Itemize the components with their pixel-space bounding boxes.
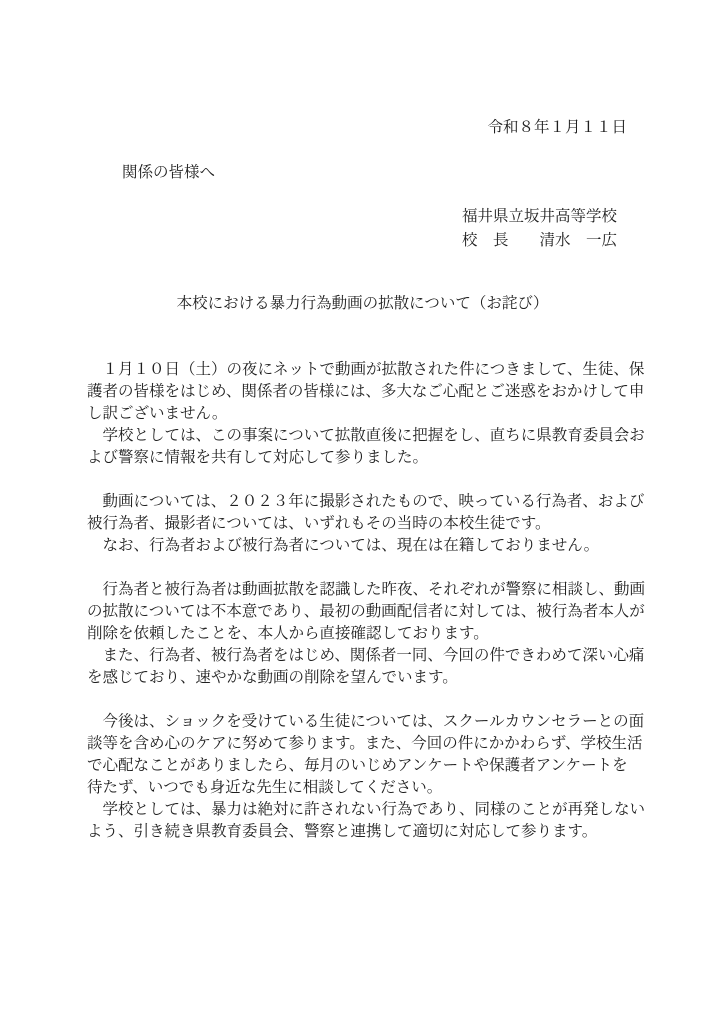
body-line: し訳ございません。 xyxy=(87,403,647,425)
body-line: 動画については、２０２３年に撮影されたもので、映っている行為者、および xyxy=(87,491,647,513)
letter-recipient: 関係の皆様へ xyxy=(122,162,215,184)
body-line: で心配なことがありましたら、毎月のいじめアンケートや保護者アンケートを xyxy=(87,755,647,777)
body-line: 今後は、ショックを受けている生徒については、スクールカウンセラーとの面 xyxy=(87,711,647,733)
body-line: の拡散については不本意であり、最初の動画配信者に対しては、被行為者本人が xyxy=(87,601,647,623)
body-line: 削除を依頼したことを、本人から直接確認しております。 xyxy=(87,623,647,645)
body-line: なお、行為者および被行為者については、現在は在籍しておりません。 xyxy=(87,535,647,557)
body-line: を感じており、速やかな動画の削除を望んでいます。 xyxy=(87,667,647,689)
body-line: 護者の皆様をはじめ、関係者の皆様には、多大なご心配とご迷惑をおかけして申 xyxy=(87,381,647,403)
body-line: 学校としては、この事案について拡散直後に把握をし、直ちに県教育委員会お xyxy=(87,425,647,447)
body-line: 談等を含め心のケアに努めて参ります。また、今回の件にかかわらず、学校生活 xyxy=(87,733,647,755)
body-blank-line xyxy=(87,557,647,579)
body-blank-line xyxy=(87,469,647,491)
body-line: 被行為者、撮影者については、いずれもその当時の本校生徒です。 xyxy=(87,513,647,535)
sender-principal-name: 校 長 清水 一広 xyxy=(462,229,617,253)
body-line: １月１０日（土）の夜にネットで動画が拡散された件につきまして、生徒、保 xyxy=(87,359,647,381)
letter-body: １月１０日（土）の夜にネットで動画が拡散された件につきまして、生徒、保 護者の皆… xyxy=(87,359,647,843)
sender-block: 福井県立坂井高等学校 校 長 清水 一広 xyxy=(462,205,617,253)
body-line: 待たず、いつでも身近な先生に相談してください。 xyxy=(87,777,647,799)
letter-page: 令和８年１月１１日 関係の皆様へ 福井県立坂井高等学校 校 長 清水 一広 本校… xyxy=(0,0,726,1024)
body-line: 学校としては、暴力は絶対に許されない行為であり、同様のことが再発しない xyxy=(87,799,647,821)
body-line: よう、引き続き県教育委員会、警察と連携して適切に対応して参ります。 xyxy=(87,821,647,843)
letter-title: 本校における暴力行為動画の拡散について（お詫び） xyxy=(87,293,638,315)
body-line: また、行為者、被行為者をはじめ、関係者一同、今回の件できわめて深い心痛 xyxy=(87,645,647,667)
body-line: よび警察に情報を共有して対応して参りました。 xyxy=(87,447,647,469)
letter-date: 令和８年１月１１日 xyxy=(487,117,627,139)
sender-school-name: 福井県立坂井高等学校 xyxy=(462,205,617,229)
body-blank-line xyxy=(87,689,647,711)
body-line: 行為者と被行為者は動画拡散を認識した昨夜、それぞれが警察に相談し、動画 xyxy=(87,579,647,601)
